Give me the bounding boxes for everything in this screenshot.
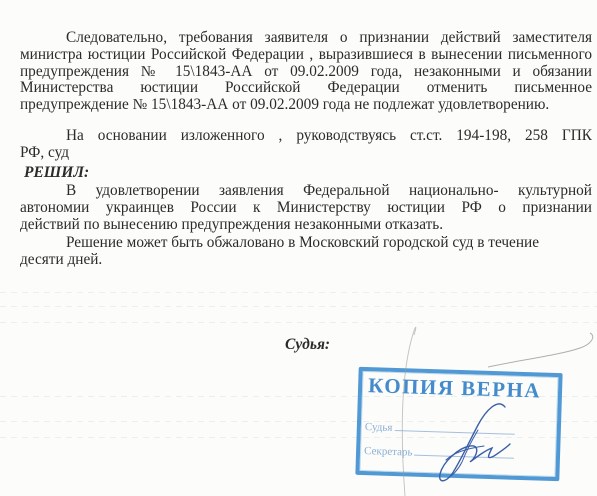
text-line: РФ, суд — [20, 145, 592, 162]
stamp-title: КОПИЯ ВЕРНА — [368, 377, 541, 399]
paragraph-legal-basis: На основании изложенного , руководствуяс… — [20, 128, 592, 162]
text-line: На основании изложенного , руководствуяс… — [20, 128, 592, 145]
bleed-through-line — [0, 292, 597, 293]
text-line: министра юстиции Российской Федерации , … — [20, 47, 592, 64]
text-line: автономии украинцев России к Министерств… — [20, 200, 592, 217]
text-line: В удовлетворении заявления Федеральной н… — [20, 183, 592, 200]
text-line: Следовательно, требования заявителя о пр… — [20, 30, 592, 47]
court-decision-page: Следовательно, требования заявителя о пр… — [0, 0, 597, 496]
stamp-secretary-row: Секретарь — [364, 443, 515, 465]
verdict-heading: РЕШИЛ: — [24, 165, 89, 182]
stamp-judge-label: Судья — [365, 421, 393, 434]
text-line: Министерства юстиции Российской Федераци… — [20, 80, 592, 97]
bleed-through-line — [0, 322, 597, 323]
stamp-judge-row: Судья — [365, 419, 515, 440]
bleed-through-line — [0, 306, 597, 307]
text-line: предупреждение № 15\1843-АА от 09.02.200… — [20, 97, 592, 114]
stamp-line — [394, 430, 514, 435]
judge-label: Судья: — [285, 337, 330, 354]
paragraph-ruling: В удовлетворении заявления Федеральной н… — [20, 183, 592, 233]
text-line: десяти дней. — [20, 252, 592, 269]
paragraph-appeal: Решение может быть обжаловано в Московск… — [20, 235, 592, 269]
stamp-secretary-label: Секретарь — [364, 445, 413, 459]
paragraph-conclusion: Следовательно, требования заявителя о пр… — [20, 30, 592, 114]
text-line: действий по вынесению предупреждения нез… — [20, 217, 592, 234]
stamp-line — [414, 455, 514, 459]
text-line: Решение может быть обжаловано в Московск… — [20, 235, 592, 252]
text-line: предупреждения № 15\1843-АА от 09.02.200… — [20, 64, 592, 81]
copy-certified-stamp: КОПИЯ ВЕРНА Судья Секретарь — [355, 367, 562, 481]
